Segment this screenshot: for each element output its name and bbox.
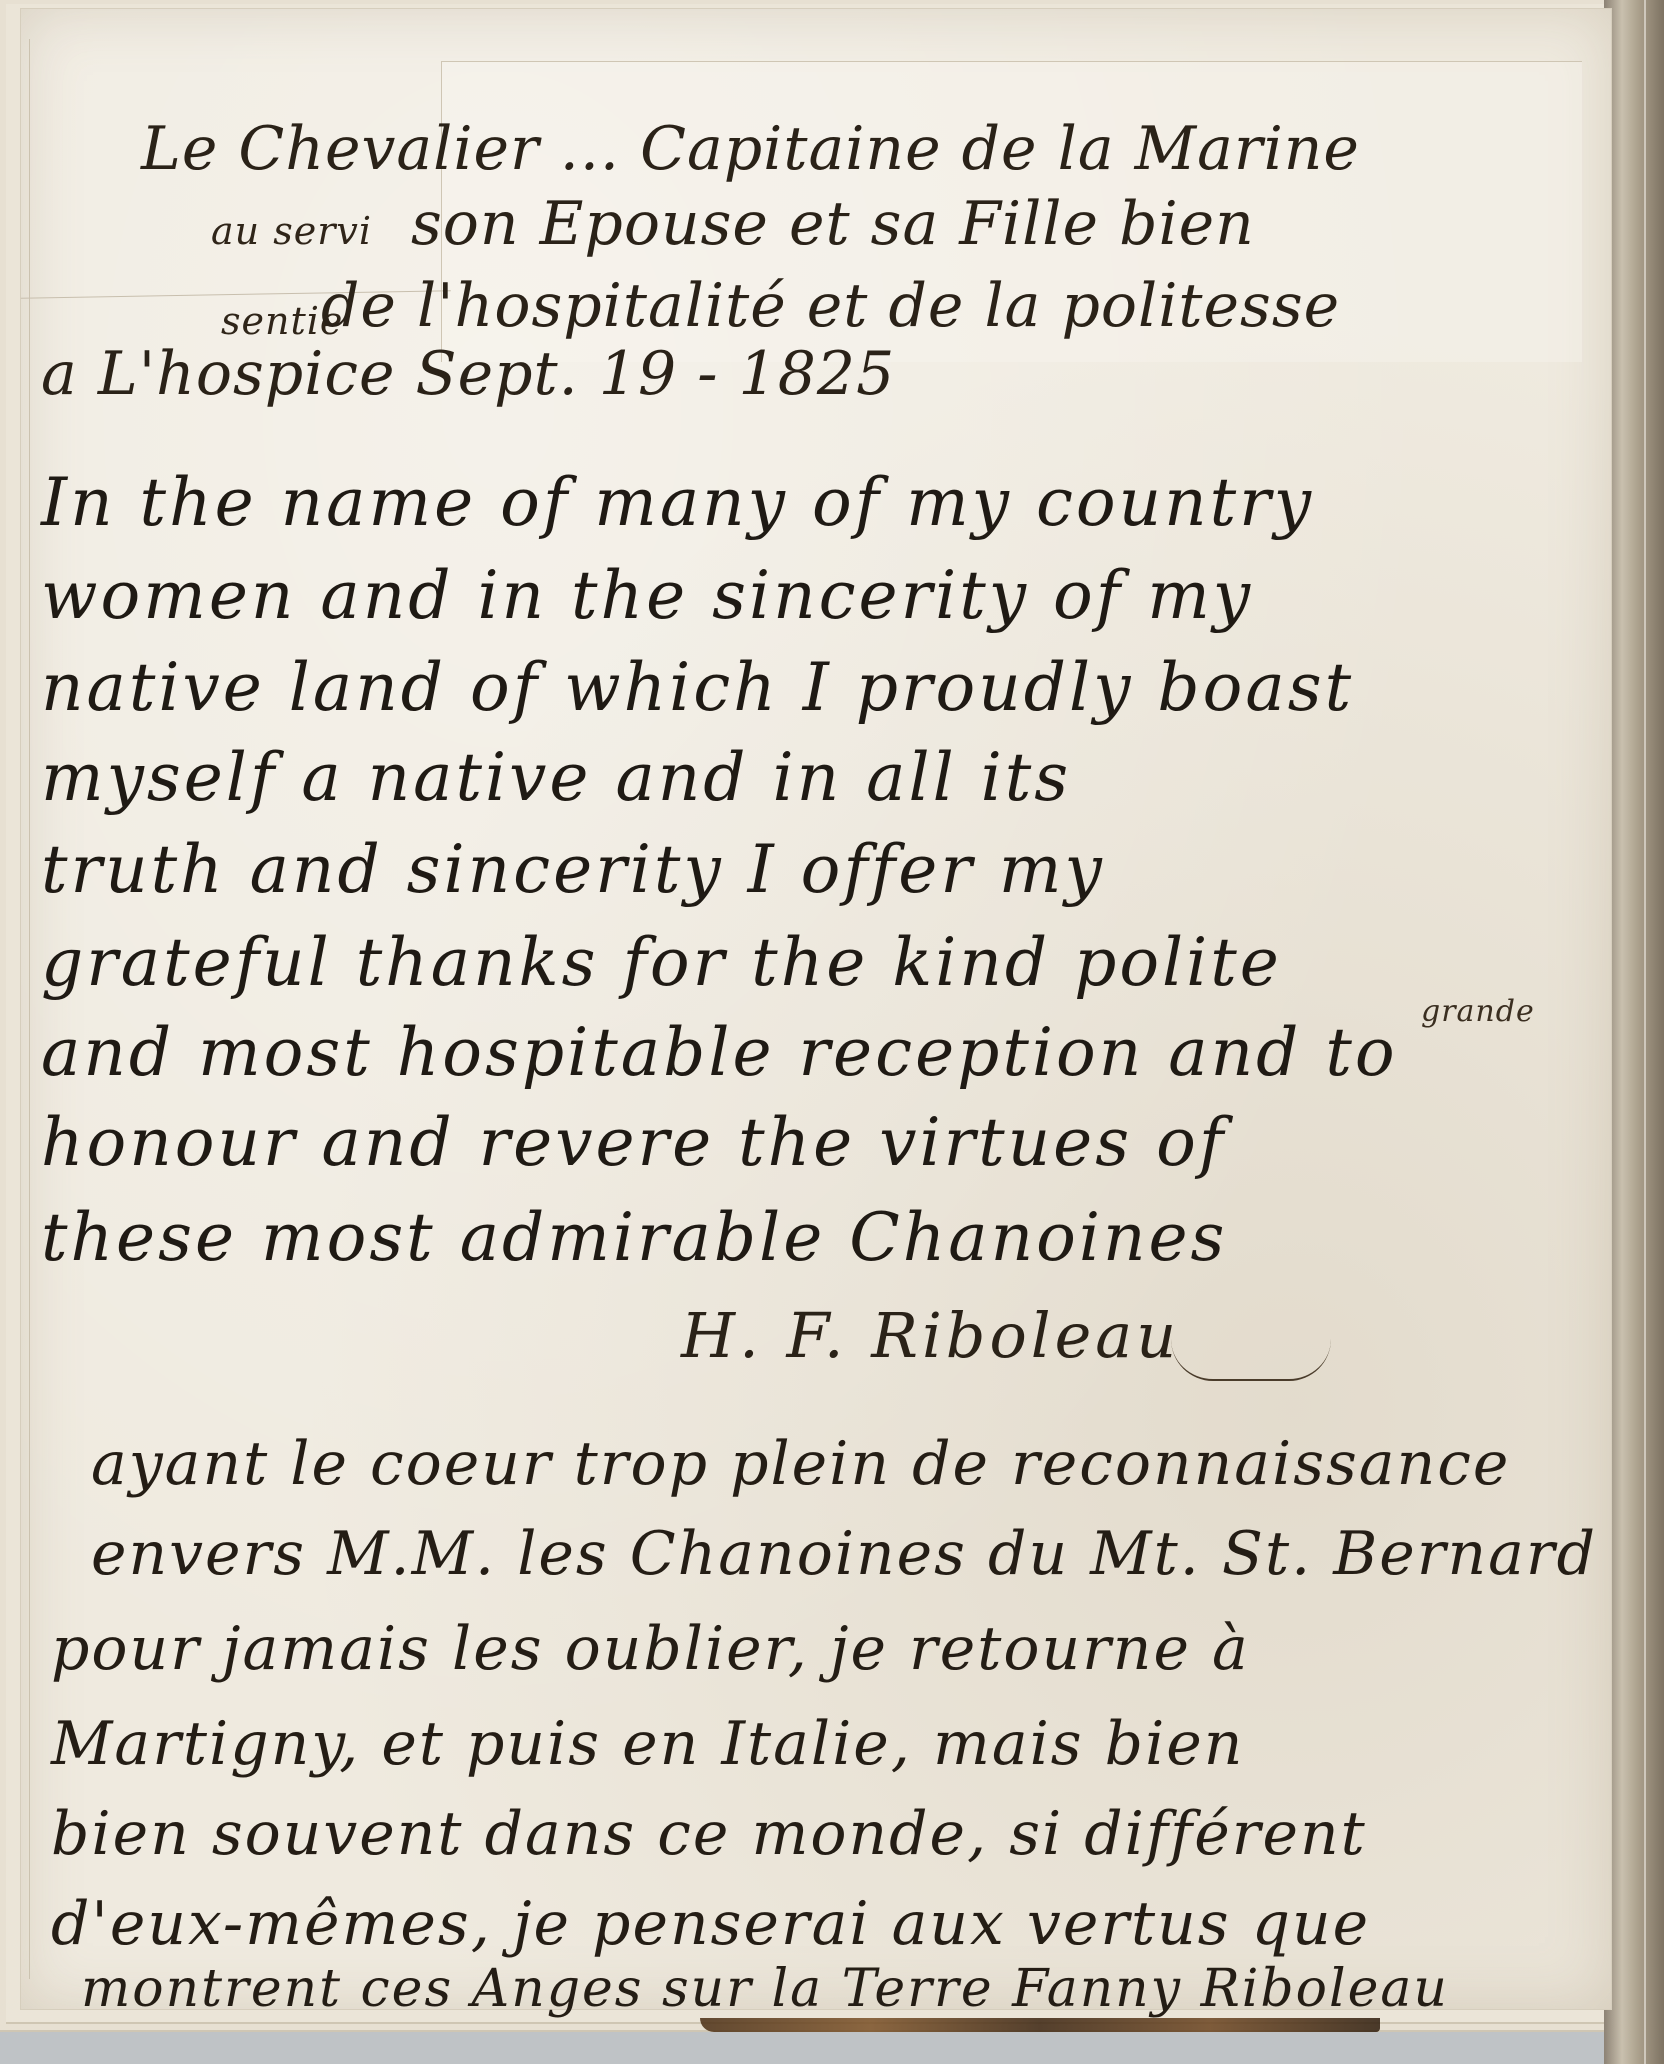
signature-flourish [1171, 1339, 1331, 1381]
page-edge-line [29, 39, 30, 1979]
entry1-line3: de l'hospitalité et de la politesse [321, 271, 1340, 341]
manuscript-scan: Le Chevalier ... Capitaine de la Marine … [0, 0, 1664, 2064]
binding-thread [1644, 0, 1646, 2064]
entry3-line6: d'eux-mêmes, je penserai aux vertus que [51, 1889, 1370, 1959]
entry2-line7: and most hospitable reception and to [41, 1014, 1398, 1091]
entry3-line7-signature: montrent ces Anges sur la Terre Fanny Ri… [81, 1959, 1449, 2019]
entry2-line2: women and in the sincerity of my [41, 557, 1253, 634]
entry1-margin-note-1: au servi [211, 209, 372, 253]
entry3-line5: bien souvent dans ce monde, si différent [51, 1799, 1367, 1869]
entry2-line6: grateful thanks for the kind polite [41, 924, 1282, 1001]
entry2-line9: these most admirable Chanoines [41, 1199, 1227, 1276]
book-spine [1604, 0, 1664, 2064]
entry2-signature: H. F. Riboleau [681, 1299, 1180, 1372]
entry2-interlinear-insert: grande [1421, 994, 1535, 1029]
entry1-line1: Le Chevalier ... Capitaine de la Marine [141, 114, 1360, 184]
entry2-line5: truth and sincerity I offer my [41, 831, 1105, 908]
entry2-line1: In the name of many of my country [41, 464, 1314, 541]
entry1-line2: son Epouse et sa Fille bien [411, 189, 1255, 259]
entry2-line3: native land of which I proudly boast [41, 649, 1354, 726]
entry3-line4: Martigny, et puis en Italie, mais bien [51, 1709, 1244, 1779]
burnt-page-edge [700, 2018, 1380, 2032]
entry2-line4: myself a native and in all its [41, 739, 1071, 816]
entry3-line3: pour jamais les oublier, je retourne à [51, 1614, 1250, 1684]
manuscript-page: Le Chevalier ... Capitaine de la Marine … [20, 8, 1612, 2010]
entry2-line8: honour and revere the virtues of [41, 1104, 1226, 1181]
entry1-line4-date: a L'hospice Sept. 19 - 1825 [41, 339, 895, 409]
entry3-line2: envers M.M. les Chanoines du Mt. St. Ber… [91, 1519, 1597, 1589]
entry3-line1: ayant le coeur trop plein de reconnaissa… [91, 1429, 1510, 1499]
